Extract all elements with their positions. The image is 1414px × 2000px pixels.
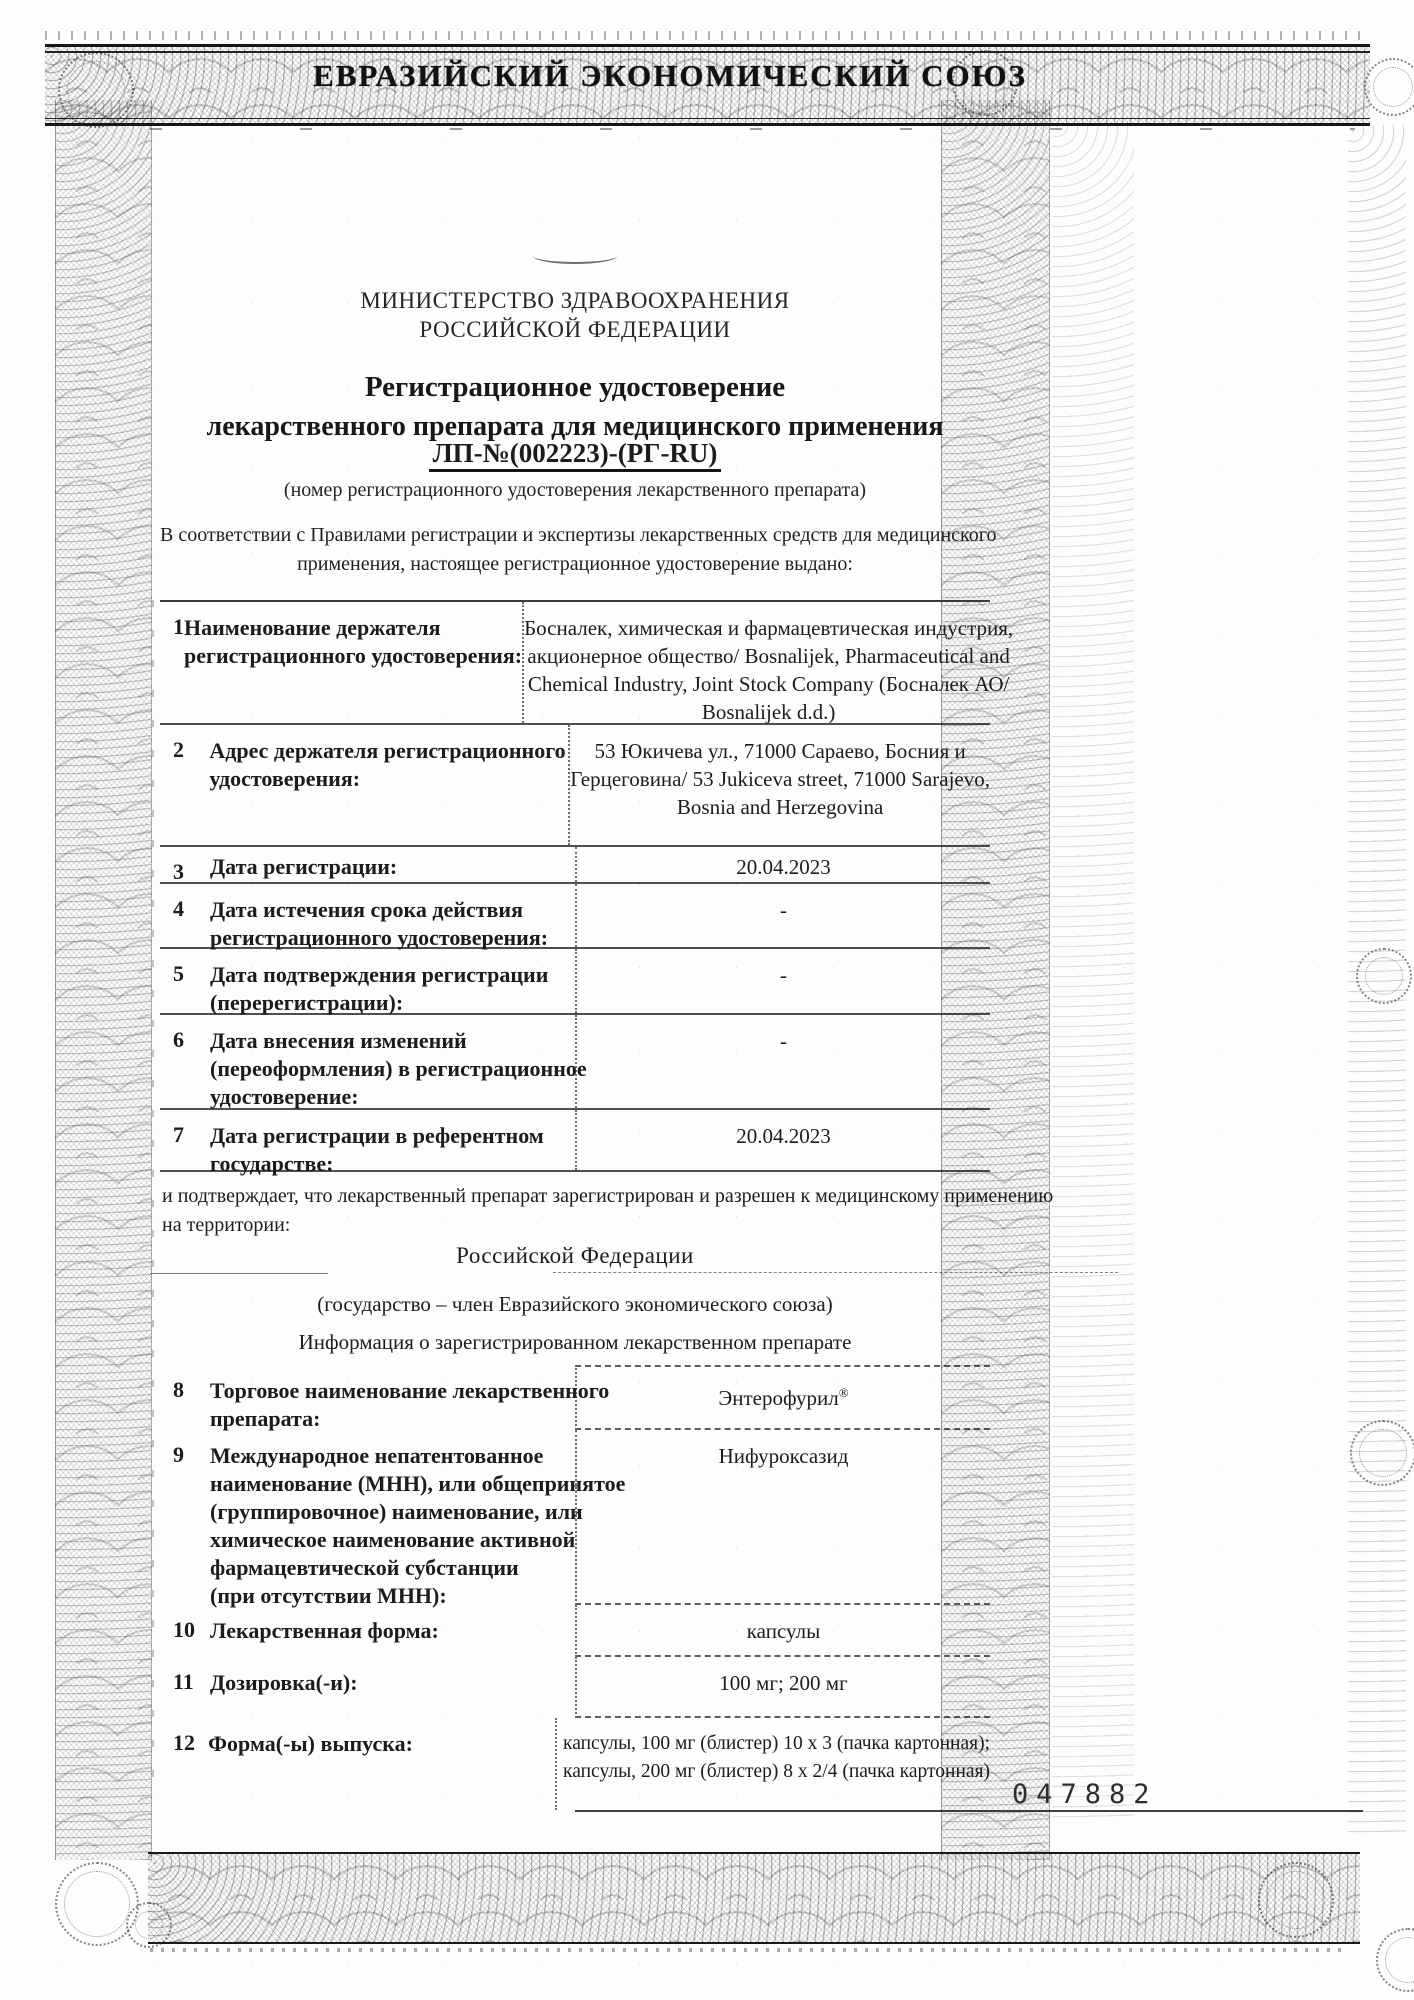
document-title: Регистрационное удостоверение лекарствен…: [160, 368, 990, 446]
title-line: Регистрационное удостоверение: [160, 368, 990, 407]
label-line: (переоформления) в регистрационное: [210, 1055, 575, 1083]
value-line: капсулы: [577, 1617, 990, 1645]
label-line: регистрационного удостоверения:: [210, 924, 575, 952]
label-line: (перерегистрации):: [210, 989, 575, 1017]
top-tick-border: [45, 31, 1370, 40]
label-line: Дата подтверждения регистрации: [210, 961, 575, 989]
value-line: Bosnia and Herzegovina: [570, 793, 990, 821]
label-line: Наименование держателя: [184, 614, 522, 642]
row-label: Дата регистрации:: [210, 847, 575, 882]
row-label: Международное непатентованное наименован…: [210, 1430, 575, 1605]
row-label: Лекарственная форма:: [210, 1605, 575, 1657]
row-value: капсулы: [575, 1605, 990, 1657]
corner-ornament: [1364, 58, 1414, 116]
scan-margin-marks: [152, 600, 154, 1800]
row-value: Энтерофурил®: [575, 1365, 990, 1430]
ministry-heading: МИНИСТЕРСТВО ЗДРАВООХРАНЕНИЯ РОССИЙСКОЙ …: [160, 286, 990, 344]
row-label: Дата внесения изменений (переоформления)…: [210, 1015, 575, 1108]
intro-line: применения, настоящее регистрационное уд…: [160, 550, 990, 579]
row-number: 6: [160, 1015, 210, 1108]
registration-number: ЛП-№(002223)-(РГ-RU): [160, 438, 990, 469]
confirmation-paragraph: и подтверждает, что лекарственный препар…: [162, 1182, 1002, 1240]
table-row-holder-address: 2 Адрес держателя регистрационного удост…: [160, 725, 990, 847]
certificate-page: ЕВРАЗИЙСКИЙ ЭКОНОМИЧЕСКИЙ СОЮЗ МИНИСТЕРС…: [0, 0, 1414, 2000]
row-number: 8: [160, 1365, 210, 1430]
row-value: Нифуроксазид: [575, 1430, 990, 1605]
label-line: удостоверения:: [209, 765, 568, 793]
table-row-confirmation-date: 5 Дата подтверждения регистрации (перере…: [160, 949, 990, 1015]
row-number: 3: [160, 847, 210, 882]
row-label: Дозировка(-и):: [210, 1657, 575, 1718]
territory-caption: (государство – член Евразийского экономи…: [160, 1292, 990, 1317]
row-number: 9: [160, 1430, 210, 1605]
row-number: 12: [160, 1718, 208, 1810]
label-line: Дата внесения изменений: [210, 1027, 575, 1055]
table-row-amendment-date: 6 Дата внесения изменений (переоформлени…: [160, 1015, 990, 1110]
row-value: капсулы, 100 мг (блистер) 10 х 3 (пачка …: [555, 1718, 990, 1810]
row-label: Дата истечения срока действия регистраци…: [210, 884, 575, 947]
confirmation-line: на территории:: [162, 1211, 1002, 1240]
value-line: 100 мг; 200 мг: [577, 1669, 990, 1697]
label-line: химическое наименование активной: [210, 1526, 575, 1554]
value-line: Энтерофурил®: [577, 1379, 990, 1412]
row-value: -: [575, 884, 990, 947]
label-line: государстве:: [210, 1150, 575, 1178]
serial-number-stamp: 047882: [1012, 1779, 1158, 1810]
row-label: Адрес держателя регистрационного удостов…: [209, 725, 568, 845]
corner-ornament: [1376, 1928, 1414, 1992]
row-value: 53 Юкичева ул., 71000 Сараево, Босния и …: [568, 725, 990, 845]
table-row-holder-name: 1 Наименование держателя регистрационног…: [160, 602, 990, 725]
label-line: Дата регистрации в референтном: [210, 1122, 575, 1150]
dotted-far-right-strip: [1348, 125, 1406, 1840]
value-line: Босналек, химическая и фармацевтическая …: [524, 614, 1013, 642]
label-line: регистрационного удостоверения:: [184, 642, 522, 670]
label-line: удостоверение:: [210, 1083, 575, 1111]
label-line: наименование (МНН), или общепринятое: [210, 1470, 575, 1498]
product-info-heading: Информация о зарегистрированном лекарств…: [160, 1330, 990, 1355]
label-line: Форма(-ы) выпуска:: [208, 1730, 555, 1758]
table-row-dosage-strength: 11 Дозировка(-и): 100 мг; 200 мг: [160, 1657, 990, 1718]
corner-ornament: [55, 1862, 139, 1946]
row-number: 4: [160, 884, 210, 947]
row-label: Наименование держателя регистрационного …: [184, 602, 522, 723]
row-label: Форма(-ы) выпуска:: [208, 1718, 555, 1810]
value-line: Герцеговина/ 53 Jukiceva street, 71000 S…: [570, 765, 990, 793]
edge-ornament: [1356, 948, 1412, 1004]
registration-number-caption: (номер регистрационного удостоверения ле…: [160, 479, 990, 502]
label-line: фармацевтической субстанции: [210, 1554, 575, 1582]
table-bottom-rule: [575, 1810, 1363, 1812]
value-line: 20.04.2023: [577, 1122, 990, 1150]
intro-paragraph: В соответствии с Правилами регистрации и…: [160, 521, 990, 579]
table-row-trade-name: 8 Торговое наименование лекарственного п…: [160, 1365, 990, 1430]
corner-ornament: [58, 52, 134, 128]
row-value: 100 мг; 200 мг: [575, 1657, 990, 1718]
label-line: Лекарственная форма:: [210, 1617, 575, 1645]
label-line: (группировочное) наименование, или: [210, 1498, 575, 1526]
corner-ornament: [1258, 1862, 1334, 1938]
row-value: 20.04.2023: [575, 1110, 990, 1170]
value-line: 53 Юкичева ул., 71000 Сараево, Босния и: [570, 737, 990, 765]
ministry-line: МИНИСТЕРСТВО ЗДРАВООХРАНЕНИЯ: [160, 286, 990, 315]
value-line: Нифуроксазид: [577, 1442, 990, 1470]
value-line: капсулы, 100 мг (блистер) 10 х 3 (пачка …: [563, 1730, 990, 1758]
corner-ornament: [126, 1902, 172, 1948]
label-line: Дата регистрации:: [210, 853, 575, 881]
separator-flourish: [533, 248, 617, 264]
holder-info-table: 1 Наименование держателя регистрационног…: [160, 600, 990, 1172]
value-line: -: [577, 961, 990, 989]
row-value: -: [575, 1015, 990, 1108]
label-line: Торговое наименование лекарственного: [210, 1377, 575, 1405]
guilloche-left-band: [55, 100, 152, 1860]
dotted-right-strip: [1052, 120, 1134, 1820]
row-number: 11: [160, 1657, 210, 1718]
union-header-title: ЕВРАЗИЙСКИЙ ЭКОНОМИЧЕСКИЙ СОЮЗ: [300, 58, 1040, 94]
value-line: акционерное общество/ Bosnalijek, Pharma…: [524, 642, 1013, 670]
table-row-expiry-date: 4 Дата истечения срока действия регистра…: [160, 884, 990, 949]
table-row-release-form: 12 Форма(-ы) выпуска: капсулы, 100 мг (б…: [160, 1718, 990, 1810]
label-line: Дозировка(-и):: [210, 1669, 575, 1697]
row-value: 20.04.2023: [575, 847, 990, 882]
scan-line-fragment: [150, 1273, 328, 1274]
row-label: Дата подтверждения регистрации (перереги…: [210, 949, 575, 1013]
registered-trademark-mark: ®: [839, 1385, 849, 1400]
product-info-table: 8 Торговое наименование лекарственного п…: [160, 1365, 990, 1810]
value-line: -: [577, 1027, 990, 1055]
row-label: Дата регистрации в референтном государст…: [210, 1110, 575, 1170]
value-line: капсулы, 200 мг (блистер) 8 х 2/4 (пачка…: [563, 1758, 990, 1786]
table-row-inn-name: 9 Международное непатентованное наименов…: [160, 1430, 990, 1605]
scan-line-fragment: [553, 1272, 1118, 1273]
value-line: Chemical Industry, Joint Stock Company (…: [524, 670, 1013, 698]
row-number: 1: [160, 602, 184, 723]
territory-name: Российской Федерации: [160, 1243, 990, 1269]
ministry-line: РОССИЙСКОЙ ФЕДЕРАЦИИ: [160, 315, 990, 344]
label-line: Дата истечения срока действия: [210, 896, 575, 924]
dashed-rule: [150, 128, 1355, 130]
row-label: Торговое наименование лекарственного пре…: [210, 1365, 575, 1430]
edge-ornament: [1350, 1420, 1414, 1486]
table-row-registration-date: 3 Дата регистрации: 20.04.2023: [160, 847, 990, 884]
intro-line: В соответствии с Правилами регистрации и…: [160, 521, 990, 550]
row-value: -: [575, 949, 990, 1013]
dotted-bottom-row: [150, 1948, 1345, 1952]
value-line: 20.04.2023: [577, 853, 990, 881]
value-line: -: [577, 896, 990, 924]
value-line: Bosnalijek d.d.): [524, 698, 1013, 726]
label-line: Международное непатентованное: [210, 1442, 575, 1470]
row-number: 10: [160, 1605, 210, 1657]
row-number: 2: [160, 725, 209, 845]
confirmation-line: и подтверждает, что лекарственный препар…: [162, 1182, 1002, 1211]
label-line: Адрес держателя регистрационного: [209, 737, 568, 765]
guilloche-bottom-band: [148, 1852, 1360, 1944]
row-number: 5: [160, 949, 210, 1013]
table-row-reference-state-date: 7 Дата регистрации в референтном государ…: [160, 1110, 990, 1172]
row-number: 7: [160, 1110, 210, 1170]
table-row-dosage-form: 10 Лекарственная форма: капсулы: [160, 1605, 990, 1657]
row-value: Босналек, химическая и фармацевтическая …: [522, 602, 1013, 723]
label-line: препарата:: [210, 1405, 575, 1433]
